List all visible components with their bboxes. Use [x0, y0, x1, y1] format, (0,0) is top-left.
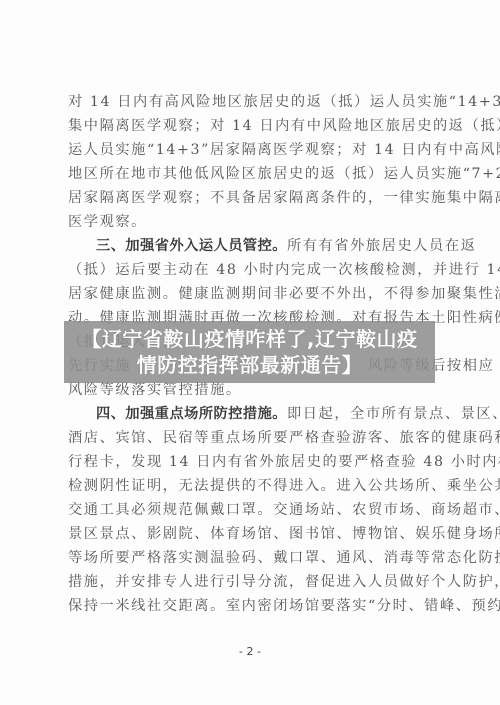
paragraph-line: 措施，并安排专人进行引导分流，督促进入人员做好个人防护， [68, 570, 448, 594]
banner-title-line-1: 【辽宁省鞍山疫情咋样了,辽宁鞍山疫 [64, 326, 435, 352]
paragraph-line: 检测阴性证明，无法提供的不得进入。进入公共场所、乘坐公共 [68, 474, 448, 498]
section-4-lead: 即日起，全市所有景点、景区、 [287, 406, 500, 422]
paragraph-line: （抵）运后要主动在 48 小时内完成一次核酸检测，并进行 14 天 [68, 258, 448, 282]
paragraph-line: 医学观察。 [68, 210, 448, 234]
section-4-heading: 四、加强重点场所防控措施。 [96, 406, 287, 422]
page-number: - 2 - [0, 645, 500, 658]
section-3-lead: 所有有省外旅居史人员在返 [287, 238, 476, 254]
paragraph-line: 景区景点、影剧院、体育场馆、图书馆、博物馆、娱乐健身场所 [68, 522, 448, 546]
section-4-first-line: 四、加强重点场所防控措施。即日起，全市所有景点、景区、 [68, 402, 448, 426]
banner-title-line-2: 情防控指挥部最新通告】 [64, 352, 435, 378]
paragraph-line: 酒店、宾馆、民宿等重点场所要严格查验游客、旅客的健康码和 [68, 426, 448, 450]
document-page: 对 14 日内有高风险地区旅居史的返（抵）运人员实施“14+3” 集中隔离医学观… [0, 0, 500, 705]
title-banner-overlay: 【辽宁省鞍山疫情咋样了,辽宁鞍山疫 情防控指挥部最新通告】 [64, 321, 435, 383]
paragraph-line: 居家隔离医学观察；不具备居家隔离条件的，一律实施集中隔离 [68, 186, 448, 210]
paragraph-line: 行程卡，发现 14 日内有省外旅居史的要严格查验 48 小时内核酸 [68, 450, 448, 474]
paragraph-line: 等场所要严格落实测温验码、戴口罩、通风、消毒等常态化防控 [68, 546, 448, 570]
section-3-first-line: 三、加强省外入运人员管控。所有有省外旅居史人员在返 [68, 234, 448, 258]
paragraph-line: 交通工具必须规范佩戴口罩。交通场站、农贸市场、商场超市、 [68, 498, 448, 522]
paragraph-line: 地区所在地市其他低风险区旅居史的返（抵）运人员实施“7+2” [68, 162, 448, 186]
section-3-heading: 三、加强省外入运人员管控。 [96, 238, 287, 254]
paragraph-line: 保持一米线社交距离。室内密闭场馆要落实“分时、错峰、预约” [68, 594, 448, 618]
paragraph-line: 对 14 日内有高风险地区旅居史的返（抵）运人员实施“14+3” [68, 90, 448, 114]
paragraph-line: 集中隔离医学观察；对 14 日内有中风险地区旅居史的返（抵） [68, 114, 448, 138]
paragraph-line: 运人员实施“14+3”居家隔离医学观察；对 14 日内有中高风险 [68, 138, 448, 162]
paragraph-line: 居家健康监测。健康监测期间非必要不外出，不得参加聚集性活 [68, 282, 448, 306]
